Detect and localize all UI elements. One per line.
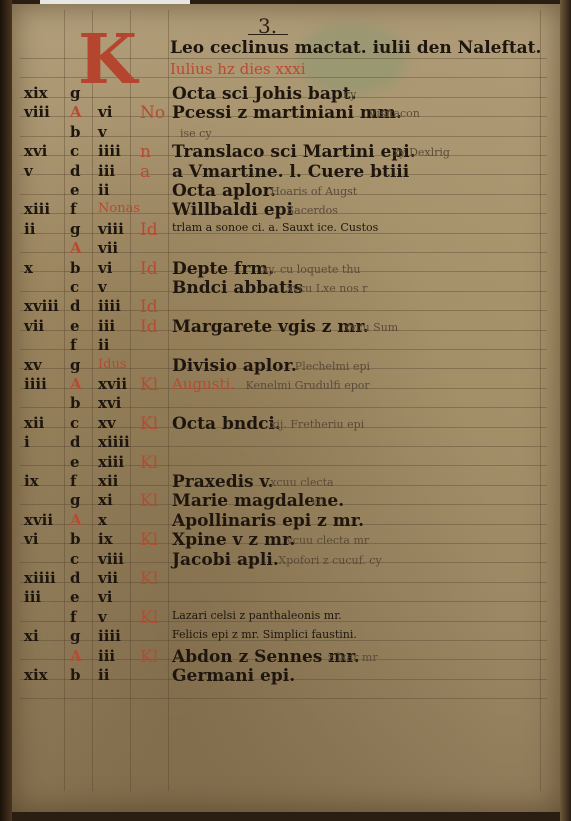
roman-day: vi — [98, 105, 112, 120]
feast-entry: Translaco sci Martini epi. — [172, 144, 416, 161]
feast-note: Visitacon — [369, 108, 420, 119]
calendar-marker: Kl — [140, 416, 158, 433]
calendar-marker: Kl — [140, 571, 158, 588]
feast-note: ise cy — [180, 128, 212, 139]
column-rule — [64, 10, 65, 791]
roman-day: x — [98, 513, 107, 528]
decorated-initial-k: K — [78, 26, 137, 94]
feast-entry: Germani epi. — [172, 668, 295, 685]
golden-number: xix — [24, 86, 48, 101]
calendar-marker: Id — [140, 299, 158, 316]
column-rule — [92, 10, 93, 791]
dominical-letter: A — [70, 377, 82, 392]
dominical-letter: e — [70, 590, 80, 605]
golden-number: xiiii — [24, 571, 56, 586]
golden-number: viii — [24, 105, 50, 120]
feast-entry: Felicis epi z mr. Simplici faustini. — [172, 629, 357, 640]
heading-line-2: Iulius hz dies xxxi — [170, 62, 306, 77]
calendar-marker: No — [140, 105, 165, 122]
calendar-marker: a — [140, 164, 150, 181]
feast-entry: Apollinaris epi z mr. — [172, 513, 364, 530]
feast-note: xvcu Lxe nos r — [287, 283, 368, 294]
dominical-letter: g — [70, 86, 81, 101]
binding-edge-left — [0, 0, 12, 821]
calendar-marker: Kl — [140, 377, 158, 394]
feast-entry: Willbaldi epi — [172, 202, 293, 219]
dominical-letter: e — [70, 183, 80, 198]
roman-day: ii — [98, 338, 109, 353]
feast-note: xvcu Sum — [344, 322, 398, 333]
golden-number: iii — [24, 590, 41, 605]
dominical-letter: A — [70, 241, 82, 256]
feast-entry: Praxedis v. — [172, 474, 274, 491]
dominical-letter: c — [70, 552, 79, 567]
golden-number: x — [24, 261, 33, 276]
roman-day: viii — [98, 552, 124, 567]
feast-note: xy Dexlrig — [393, 147, 450, 158]
golden-number: ii — [24, 222, 35, 237]
feast-note: Plechelmi epi — [295, 361, 370, 372]
feast-note: vii — [311, 496, 324, 507]
golden-number: v — [24, 164, 33, 179]
dominical-letter: g — [70, 358, 81, 373]
calendar-marker: Kl — [140, 610, 158, 627]
calendar-marker: n — [140, 144, 151, 161]
roman-day: ii — [98, 668, 109, 683]
dominical-letter: A — [70, 105, 82, 120]
roman-day: iiii — [98, 299, 121, 314]
feast-note: z lxar mr — [328, 652, 378, 663]
feast-entry: Pcessi z martiniani mm. — [172, 105, 402, 122]
roman-day: v — [98, 610, 107, 625]
roman-day: vii — [98, 241, 118, 256]
calendar-marker: Kl — [140, 455, 158, 472]
roman-day: iii — [98, 319, 115, 334]
roman-day: vi — [98, 590, 112, 605]
roman-day: xvi — [98, 396, 121, 411]
dominical-letter: g — [70, 222, 81, 237]
dominical-letter: c — [70, 144, 79, 159]
roman-day: xvii — [98, 377, 127, 392]
feast-entry: Margarete vgis z mr. — [172, 319, 369, 336]
golden-number: xv — [24, 358, 42, 373]
feast-note: vcuu clecta mr — [287, 535, 370, 546]
heading-line-1: Leo ceclinus mactat. iulii den Naleftat. — [170, 40, 541, 57]
column-rule — [168, 10, 169, 791]
dominical-letter: d — [70, 571, 81, 586]
dominical-letter: d — [70, 435, 81, 450]
roman-day: iiii — [98, 144, 121, 159]
folio-underline — [248, 34, 288, 35]
golden-number: vii — [24, 319, 44, 334]
feast-note: xij. Fretheriu epi — [270, 419, 364, 430]
dominical-letter: f — [70, 474, 76, 489]
feast-entry: Augusti. — [172, 377, 235, 392]
golden-number: ix — [24, 474, 39, 489]
calendar-marker: Id — [140, 222, 158, 239]
dominical-letter: e — [70, 455, 80, 470]
roman-day: xiiii — [98, 435, 130, 450]
roman-day: ii — [98, 183, 109, 198]
golden-number: xi — [24, 629, 39, 644]
feast-entry: Octa aplor. — [172, 183, 276, 200]
feast-entry: Octa bndci. — [172, 416, 281, 433]
roman-day: vi — [98, 261, 112, 276]
calendar-marker: Kl — [140, 493, 158, 510]
feast-entry: Depte frm. — [172, 261, 274, 278]
roman-day: v — [98, 280, 107, 295]
column-rule — [540, 10, 541, 791]
golden-number: xii — [24, 416, 44, 431]
dominical-letter: A — [70, 649, 82, 664]
roman-day: vii — [98, 571, 118, 586]
dominical-letter: f — [70, 338, 76, 353]
golden-number: i — [24, 435, 30, 450]
roman-day: Idus — [98, 358, 127, 371]
golden-number: xvii — [24, 513, 53, 528]
roman-day: xi — [98, 493, 113, 508]
dominical-letter: f — [70, 610, 76, 625]
roman-day: xiii — [98, 455, 124, 470]
dominical-letter: f — [70, 202, 76, 217]
dominical-letter: g — [70, 629, 81, 644]
dominical-letter: b — [70, 261, 81, 276]
feast-note: cy — [344, 89, 356, 100]
feast-entry: Divisio aplor. — [172, 358, 297, 375]
roman-day: iii — [98, 164, 115, 179]
golden-number: xix — [24, 668, 48, 683]
dominical-letter: d — [70, 164, 81, 179]
dominical-letter: b — [70, 668, 81, 683]
feast-entry: a Vmartine. l. Cuere btiii — [172, 164, 409, 181]
feast-note: Kenelmi Grudulfi epor — [246, 380, 370, 391]
dominical-letter: A — [70, 513, 82, 528]
golden-number: xiii — [24, 202, 50, 217]
dominical-letter: e — [70, 319, 80, 334]
golden-number: xviii — [24, 299, 59, 314]
dominical-letter: b — [70, 396, 81, 411]
dominical-letter: c — [70, 280, 79, 295]
column-rule — [130, 10, 131, 791]
roman-day: iii — [98, 649, 115, 664]
ruling-line — [20, 698, 547, 699]
feast-note: Sacerdos — [287, 205, 338, 216]
golden-number: xvi — [24, 144, 47, 159]
feast-entry: Octa sci Johis bapt. — [172, 86, 357, 103]
feast-entry: Xpine v z mr. — [172, 532, 295, 549]
calendar-marker: Kl — [140, 532, 158, 549]
roman-day: iiii — [98, 629, 121, 644]
roman-day: xii — [98, 474, 118, 489]
calendar-marker: Kl — [140, 649, 158, 666]
roman-day: xv — [98, 416, 116, 431]
golden-number: vi — [24, 532, 38, 547]
page-edge-right — [560, 0, 571, 821]
feast-note: Hoaris of Augst — [270, 186, 357, 197]
roman-day: Nonas — [98, 202, 140, 215]
dominical-letter: c — [70, 416, 79, 431]
feast-note: Xpofori z cucuf. cy — [278, 555, 381, 566]
feast-note: xy. cu loquete thu — [262, 264, 360, 275]
calendar-marker: Id — [140, 261, 158, 278]
dominical-letter: b — [70, 532, 81, 547]
feast-entry: Bndci abbatis — [172, 280, 303, 297]
feast-entry: Lazari celsi z panthaleonis mr. — [172, 610, 342, 621]
dominical-letter: g — [70, 493, 81, 508]
feast-entry: trlam a sonoe ci. a. Sauxt ice. Custos — [172, 222, 378, 233]
golden-number: iiii — [24, 377, 47, 392]
roman-day: viii — [98, 222, 124, 237]
roman-day: ix — [98, 532, 113, 547]
dominical-letter: b — [70, 125, 81, 140]
dominical-letter: d — [70, 299, 81, 314]
calendar-marker: Id — [140, 319, 158, 336]
feast-entry: Jacobi apli. — [172, 552, 279, 569]
feast-note: xcuu clecta — [270, 477, 333, 488]
roman-day: v — [98, 125, 107, 140]
